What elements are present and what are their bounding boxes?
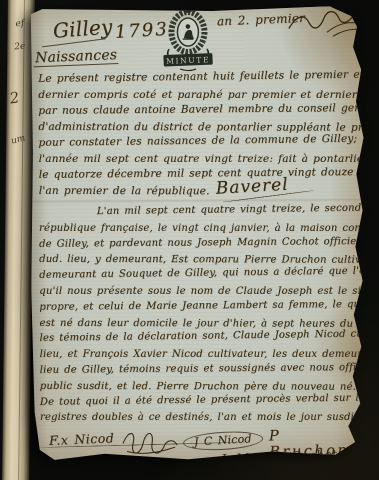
margin-fragment: 2 bbox=[9, 93, 20, 103]
manuscript-line: Le présent registre contenant huit feuil… bbox=[38, 67, 360, 87]
manuscript-line: lieu de Gilley, témoins requis et soussi… bbox=[40, 360, 364, 379]
manuscript-line: demeurant au Souquet de Gilley, qui nous… bbox=[39, 264, 363, 284]
ink-flourish-icon bbox=[287, 6, 365, 40]
manuscript-line: pour constater les naissances de la comm… bbox=[38, 131, 360, 151]
minute-stamp-icon: MINUTE bbox=[160, 8, 216, 72]
margin-fragment: ef bbox=[15, 20, 24, 30]
section-title: Naissances bbox=[35, 47, 118, 66]
ink-stroke bbox=[236, 468, 316, 472]
witness-signature-2: J C Nicod bbox=[183, 430, 263, 453]
father-signature: P Bruchon bbox=[269, 426, 366, 460]
header-place: Gilley bbox=[52, 14, 113, 42]
manuscript-line: les témoins de la déclaration sont, Clau… bbox=[39, 327, 363, 347]
margin-fragment: 2e bbox=[14, 43, 26, 53]
margin-fragment: um bbox=[10, 134, 26, 146]
manuscript-line: L'an mil sept cent quatre vingt treize, … bbox=[39, 201, 363, 221]
officer-title: officier publ. bbox=[243, 461, 306, 474]
manuscript-page: Gilley 1793 MINUTE an 2. premier Naissan… bbox=[29, 6, 365, 462]
baverel-signature: Baverel bbox=[215, 175, 289, 199]
officer-signature: J: Magnin Cochet bbox=[221, 447, 338, 466]
manuscript-line: registres doubles à ce destinés, l'an et… bbox=[40, 410, 364, 426]
stamp-label: MINUTE bbox=[166, 55, 210, 66]
manuscript-line: propre, et celui de Marie Jeanne Lambert… bbox=[39, 297, 363, 316]
birth-act-paragraph: L'an mil sept cent quatre vingt treize, … bbox=[39, 203, 364, 426]
manuscript-line: le quatorze décembre mil sept cent quatr… bbox=[39, 164, 361, 183]
ink-stroke bbox=[199, 460, 367, 466]
manuscript-page-wrap: Gilley 1793 MINUTE an 2. premier Naissan… bbox=[30, 7, 364, 461]
scanned-document: ef 2e 2 um Gilley 1793 MINUTE an 2. prem… bbox=[0, 0, 379, 480]
manuscript-line: par nous claude antoine Baverel membre d… bbox=[38, 100, 360, 119]
manuscript-line: de Gilley, et pardevant nous Joseph Magn… bbox=[39, 234, 363, 253]
certification-paragraph: Le présent registre contenant huit feuil… bbox=[38, 69, 361, 199]
manuscript-line: l'an premier de la république. bbox=[39, 183, 361, 200]
